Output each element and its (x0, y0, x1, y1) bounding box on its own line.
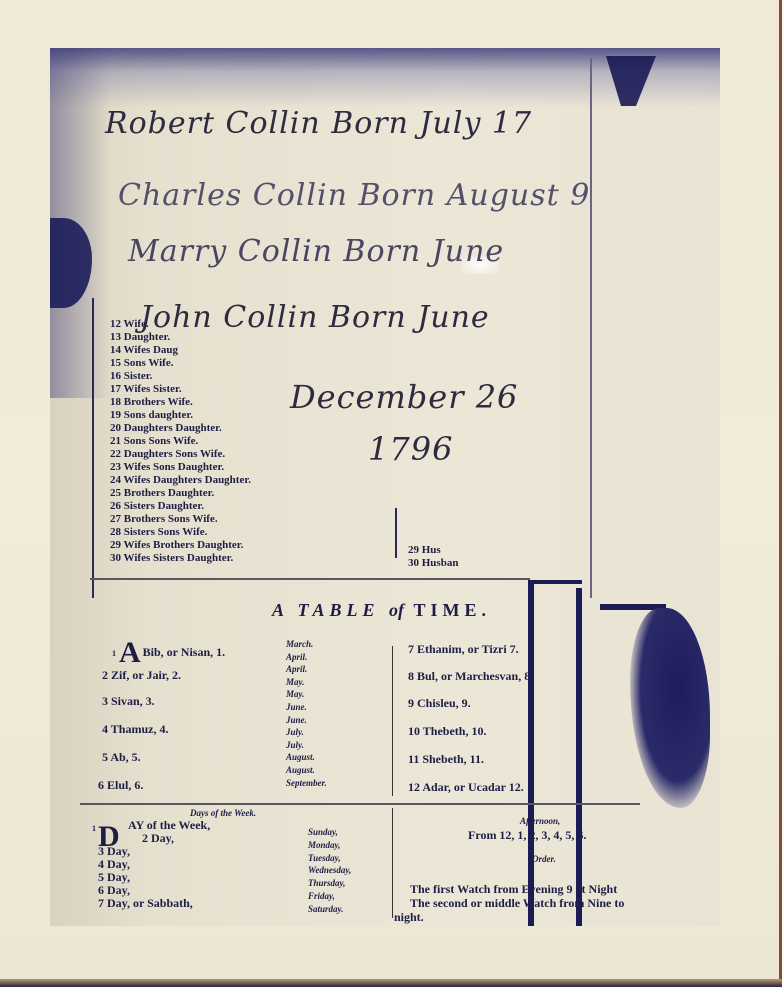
relation-item: 14 Wifes Daug (110, 344, 251, 357)
document-print: Robert Collin Born July 17 Charles Colli… (50, 48, 720, 926)
handwritten-line-1: Robert Collin Born July 17 (105, 106, 532, 141)
day-names-list: Sunday, Monday, Tuesday, Wednesday, Thur… (308, 826, 351, 916)
ink-blot-right (630, 608, 710, 808)
day-2: 2 Day, (142, 831, 174, 846)
english-month: May. (286, 676, 327, 689)
column-rule-left (92, 298, 94, 598)
english-month: August. (286, 751, 327, 764)
table-of-time-title: A TABLE of TIME. (272, 600, 491, 621)
relations-list: 12 Wife. 13 Daughter. 14 Wifes Daug 15 S… (110, 318, 251, 565)
relation-item: 12 Wife. (110, 318, 251, 331)
month-name: Bib, or Nisan, 1. (143, 645, 225, 659)
relation-item: 21 Sons Sons Wife. (110, 435, 251, 448)
relation-item: 27 Brothers Sons Wife. (110, 513, 251, 526)
english-months-list: March. April. April. May. May. June. Jun… (286, 638, 327, 789)
hebrew-month-4: 4 Thamuz, 4. (102, 722, 168, 737)
relation-item: 28 Sisters Sons Wife. (110, 526, 251, 539)
relation-item: 17 Wifes Sister. (110, 383, 251, 396)
relation-item: 25 Brothers Daughter. (110, 487, 251, 500)
days-heading: Days of the Week. (190, 808, 256, 818)
month-name: Thamuz, 4. (111, 722, 169, 736)
watch-line-3: night. (394, 910, 424, 925)
afternoon-hours: From 12, 1, 2, 3, 4, 5, 6. (468, 828, 586, 843)
hebrew-month-1: 1 ABib, or Nisan, 1. (112, 636, 225, 670)
handwritten-date: December 26 (290, 378, 518, 416)
title-of: of (389, 600, 404, 620)
relation-item: 24 Wifes Daughters Daughter. (110, 474, 251, 487)
english-month: April. (286, 663, 327, 676)
relation-item: 15 Sons Wife. (110, 357, 251, 370)
handwritten-line-2: Charles Collin Born August 9 (118, 178, 590, 213)
month-name: Elul, 6. (107, 778, 143, 792)
title-part-a: A TABLE (272, 600, 380, 620)
english-month: June. (286, 701, 327, 714)
dark-strip-2 (576, 588, 582, 926)
english-month: September. (286, 777, 327, 790)
dark-strip-1 (528, 580, 534, 926)
english-month: March. (286, 638, 327, 651)
hebrew-month-11: 11 Shebeth, 11. (408, 752, 484, 767)
hebrew-month-3: 3 Sivan, 3. (102, 694, 155, 709)
hebrew-month-10: 10 Thebeth, 10. (408, 724, 486, 739)
month-name: Sivan, 3. (111, 694, 155, 708)
afternoon-label: Afternoon, (520, 816, 560, 826)
relation-item: 19 Sons daughter. (110, 409, 251, 422)
handwritten-line-3: Marry Collin Born June (128, 234, 504, 269)
title-part-b: TIME. (414, 600, 492, 620)
table-divider (392, 646, 393, 796)
day-name: Saturday. (308, 903, 351, 916)
section-rule-1 (90, 578, 530, 580)
relation-item: 29 Wifes Brothers Daughter. (110, 539, 251, 552)
month-number: 4 (102, 722, 108, 736)
english-month: June. (286, 714, 327, 727)
month-number: 3 (102, 694, 108, 708)
page-fold-line (590, 58, 592, 598)
english-month: May. (286, 688, 327, 701)
english-month: July. (286, 726, 327, 739)
hebrew-month-12: 12 Adar, or Ucadar 12. (408, 780, 524, 795)
hebrew-month-8: 8 Bul, or Marchesvan, 8. (408, 669, 533, 684)
watch-line-1: The first Watch from Evening 9 at Night (410, 882, 617, 897)
days-divider (392, 808, 393, 918)
day-7: 7 Day, or Sabbath, (98, 896, 193, 911)
handwritten-year: 1796 (368, 430, 453, 468)
day-name: Sunday, (308, 826, 351, 839)
english-month: July. (286, 739, 327, 752)
month-number: 1 (112, 649, 116, 658)
hebrew-month-5: 5 Ab, 5. (102, 750, 141, 765)
relation-item: 18 Brothers Wife. (110, 396, 251, 409)
relation-item: 16 Sister. (110, 370, 251, 383)
day-name: Friday, (308, 890, 351, 903)
hebrew-month-6: 6 Elul, 6. (98, 778, 143, 793)
month-number: 5 (102, 750, 108, 764)
drop-cap: A (119, 636, 141, 669)
day-name: Tuesday, (308, 852, 351, 865)
english-month: April. (286, 651, 327, 664)
day-name: Thursday, (308, 877, 351, 890)
hebrew-month-2: 2 Zif, or Jair, 2. (102, 668, 181, 683)
relation-item: 23 Wifes Sons Daughter. (110, 461, 251, 474)
month-name: Zif, or Jair, 2. (111, 668, 181, 682)
english-month: August. (286, 764, 327, 777)
dark-strip-top (528, 580, 582, 584)
relation-item: 13 Daughter. (110, 331, 251, 344)
frame-edge-bottom (0, 979, 782, 987)
day-name: Monday, (308, 839, 351, 852)
month-number: 6 (98, 778, 104, 792)
watch-line-2: The second or middle Watch from Nine to (410, 896, 624, 911)
relation-item-right: 29 Hus (408, 544, 458, 557)
day-name: Wednesday, (308, 864, 351, 877)
relation-item: 22 Daughters Sons Wife. (110, 448, 251, 461)
section-rule-2 (80, 803, 640, 805)
relation-item: 26 Sisters Daughter. (110, 500, 251, 513)
month-number: 2 (102, 668, 108, 682)
relations-right-partial: 29 Hus 30 Husban (408, 544, 458, 570)
relation-item: 30 Wifes Sisters Daughter. (110, 552, 251, 565)
relation-item: 20 Daughters Daughter. (110, 422, 251, 435)
column-rule-mid (395, 508, 397, 558)
hebrew-month-7: 7 Ethanim, or Tizri 7. (408, 642, 519, 657)
order-label: Order. (532, 854, 556, 864)
hebrew-month-9: 9 Chisleu, 9. (408, 696, 471, 711)
month-name: Ab, 5. (110, 750, 140, 764)
relation-item-right: 30 Husban (408, 557, 458, 570)
